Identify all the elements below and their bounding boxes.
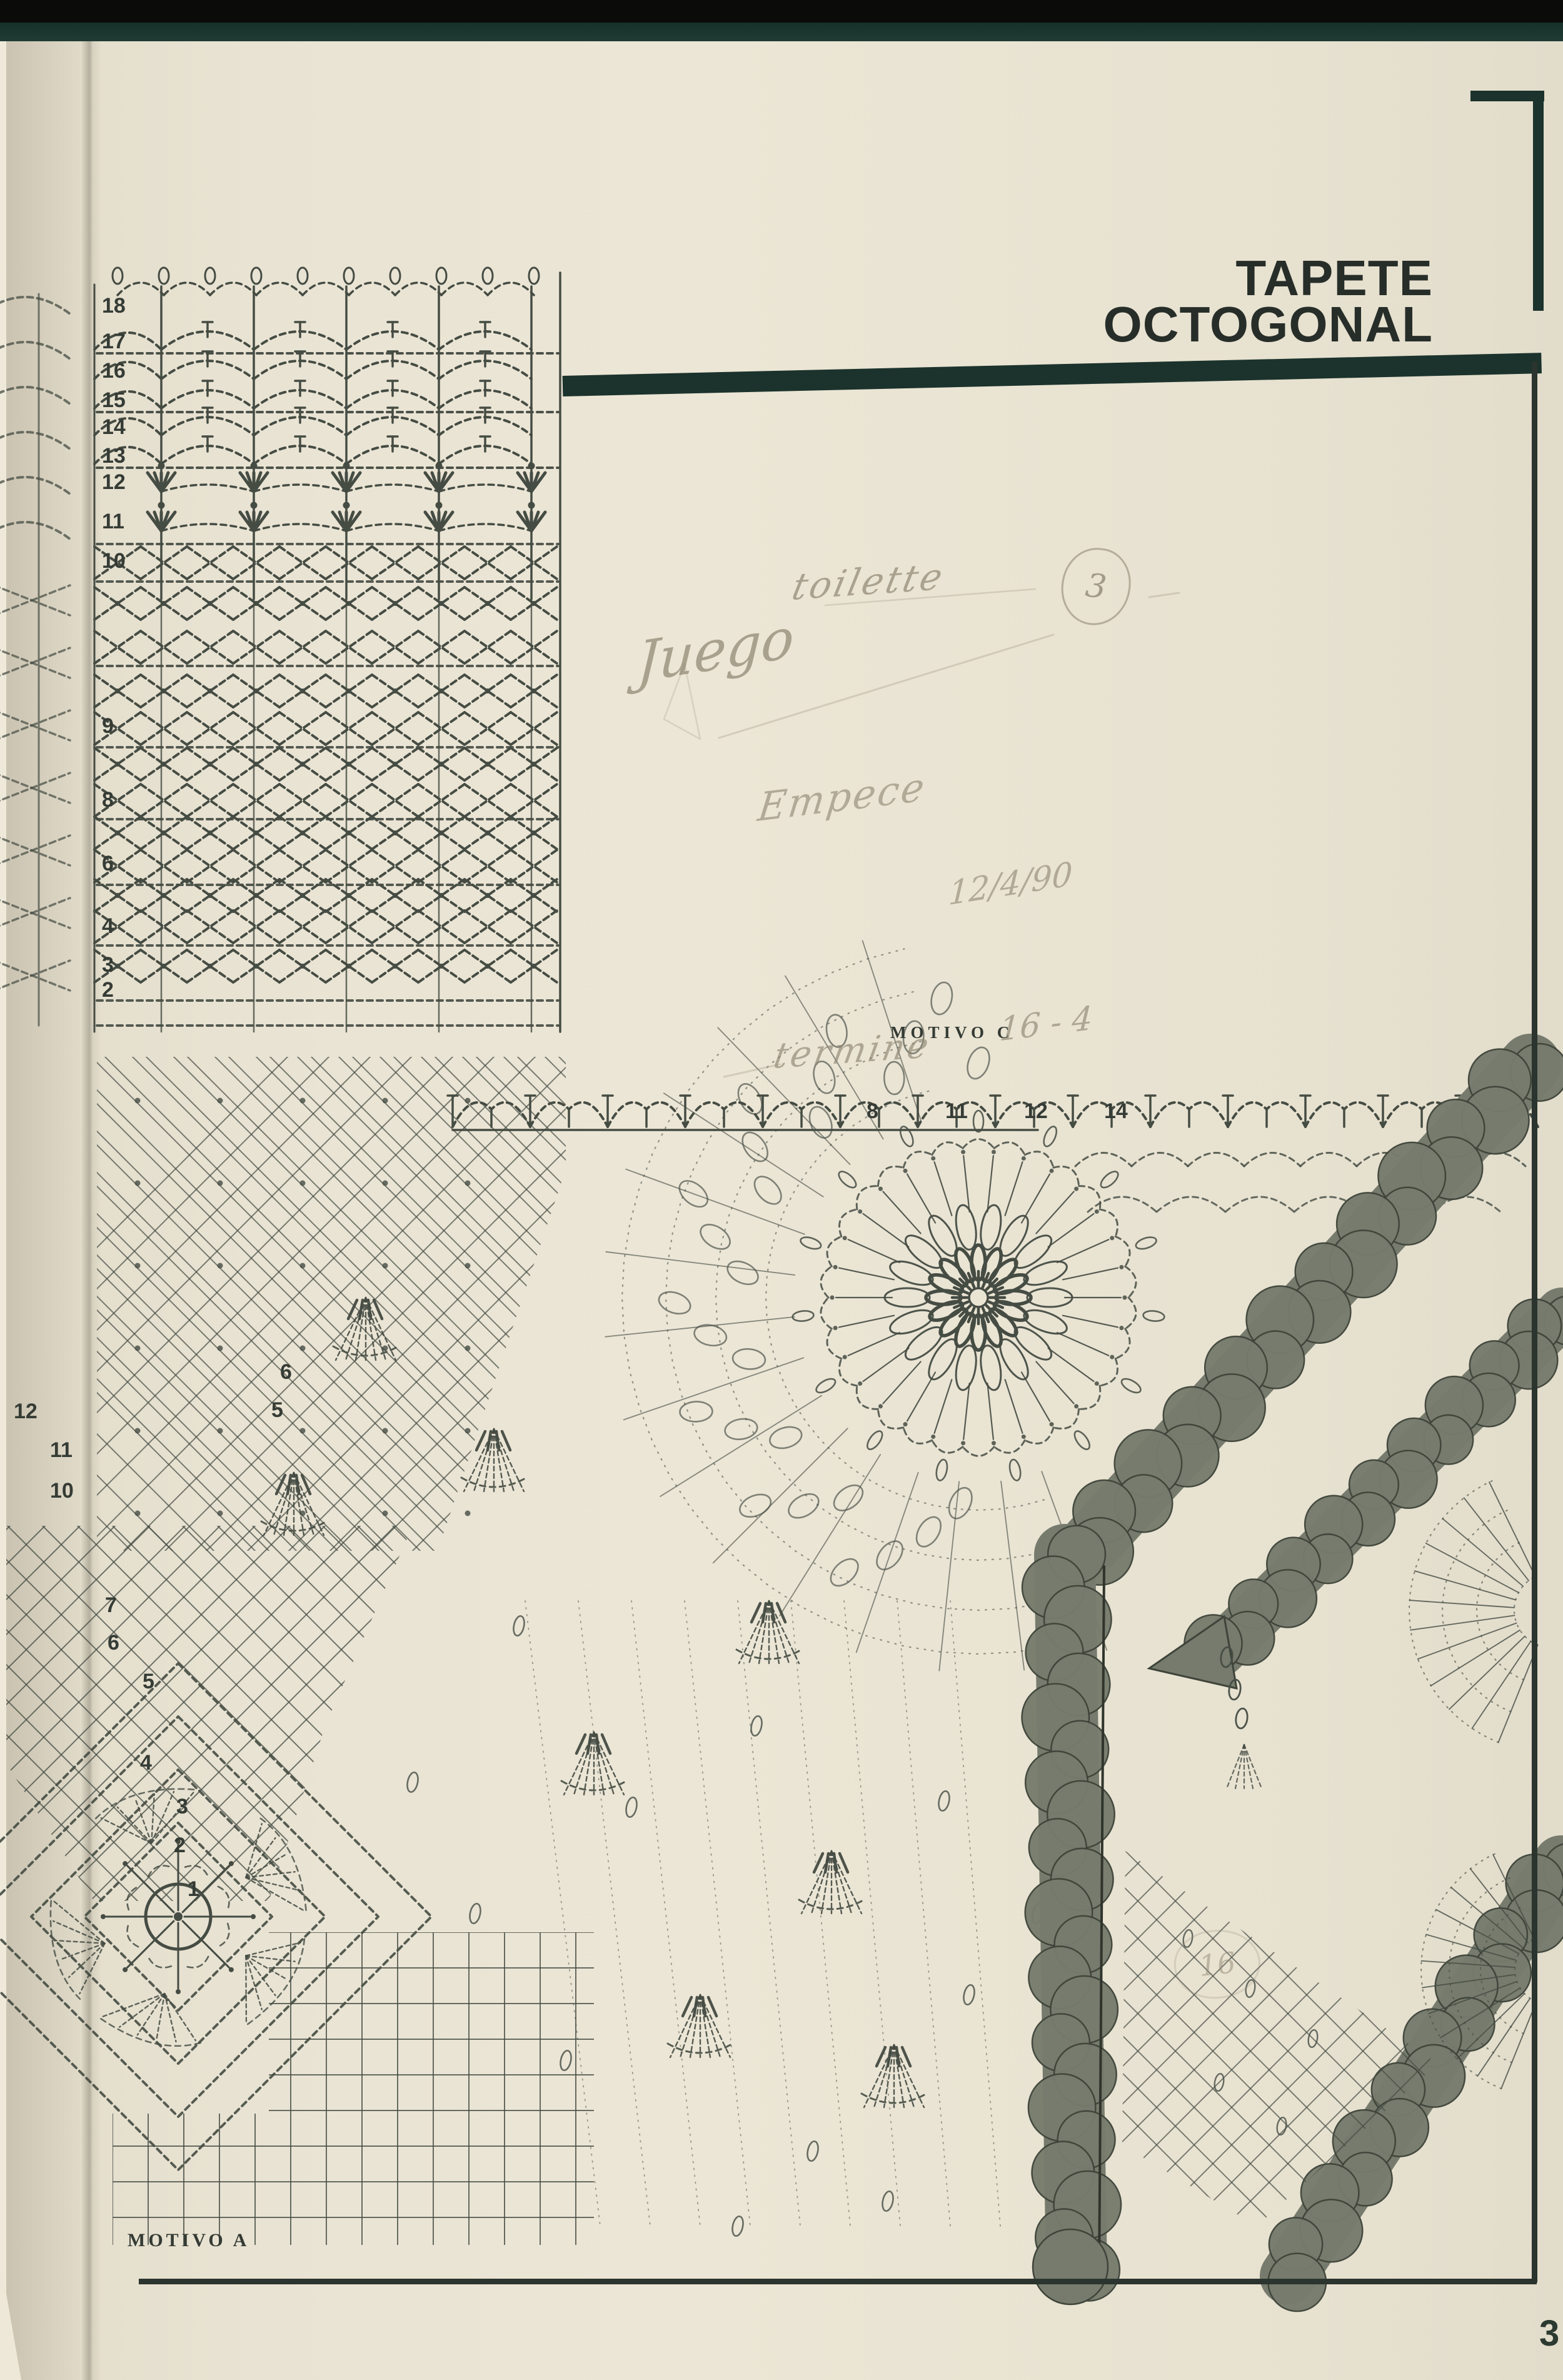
svg-text:16: 16 — [102, 359, 126, 383]
svg-text:11: 11 — [50, 1438, 73, 1462]
svg-text:12: 12 — [1024, 1099, 1048, 1123]
frame-rule-right — [1532, 361, 1537, 2282]
crochet-diagrams: 1817161514131211109864328111214121110765… — [0, 0, 1563, 2380]
svg-text:17: 17 — [102, 330, 126, 353]
svg-text:2: 2 — [102, 978, 114, 1002]
svg-text:12: 12 — [102, 470, 126, 494]
svg-text:3: 3 — [176, 1795, 188, 1818]
svg-text:10: 10 — [102, 549, 126, 573]
svg-text:6: 6 — [108, 1631, 119, 1655]
svg-text:1: 1 — [188, 1877, 199, 1901]
svg-text:6: 6 — [102, 852, 114, 875]
svg-text:14: 14 — [1104, 1099, 1128, 1123]
svg-text:3: 3 — [102, 953, 114, 977]
corner-bracket-vertical — [1533, 91, 1544, 311]
svg-text:4: 4 — [102, 914, 114, 938]
svg-text:4: 4 — [140, 1751, 152, 1775]
svg-text:9: 9 — [102, 714, 114, 738]
svg-text:2: 2 — [174, 1833, 186, 1857]
page-title: TAPETE OCTOGONAL — [1103, 255, 1433, 347]
svg-text:10: 10 — [50, 1479, 74, 1503]
magazine-page: 1817161514131211109864328111214121110765… — [0, 0, 1563, 2380]
title-line-1: TAPETE — [1103, 255, 1433, 301]
motivo-a-label: MOTIVO A — [128, 2230, 249, 2251]
svg-text:15: 15 — [102, 388, 126, 412]
svg-text:5: 5 — [143, 1670, 154, 1693]
svg-text:12: 12 — [14, 1399, 38, 1423]
svg-text:7: 7 — [105, 1593, 117, 1617]
svg-text:13: 13 — [102, 444, 126, 468]
svg-text:5: 5 — [271, 1398, 283, 1422]
svg-text:11: 11 — [102, 510, 124, 533]
svg-text:8: 8 — [867, 1099, 878, 1123]
svg-text:18: 18 — [102, 294, 126, 318]
svg-text:8: 8 — [102, 788, 114, 812]
page-number: 3 — [1539, 2312, 1559, 2354]
svg-text:14: 14 — [102, 415, 126, 439]
svg-text:6: 6 — [280, 1360, 292, 1384]
frame-rule-bottom — [139, 2279, 1537, 2284]
title-line-2: OCTOGONAL — [1103, 301, 1433, 348]
svg-text:11: 11 — [945, 1099, 968, 1123]
